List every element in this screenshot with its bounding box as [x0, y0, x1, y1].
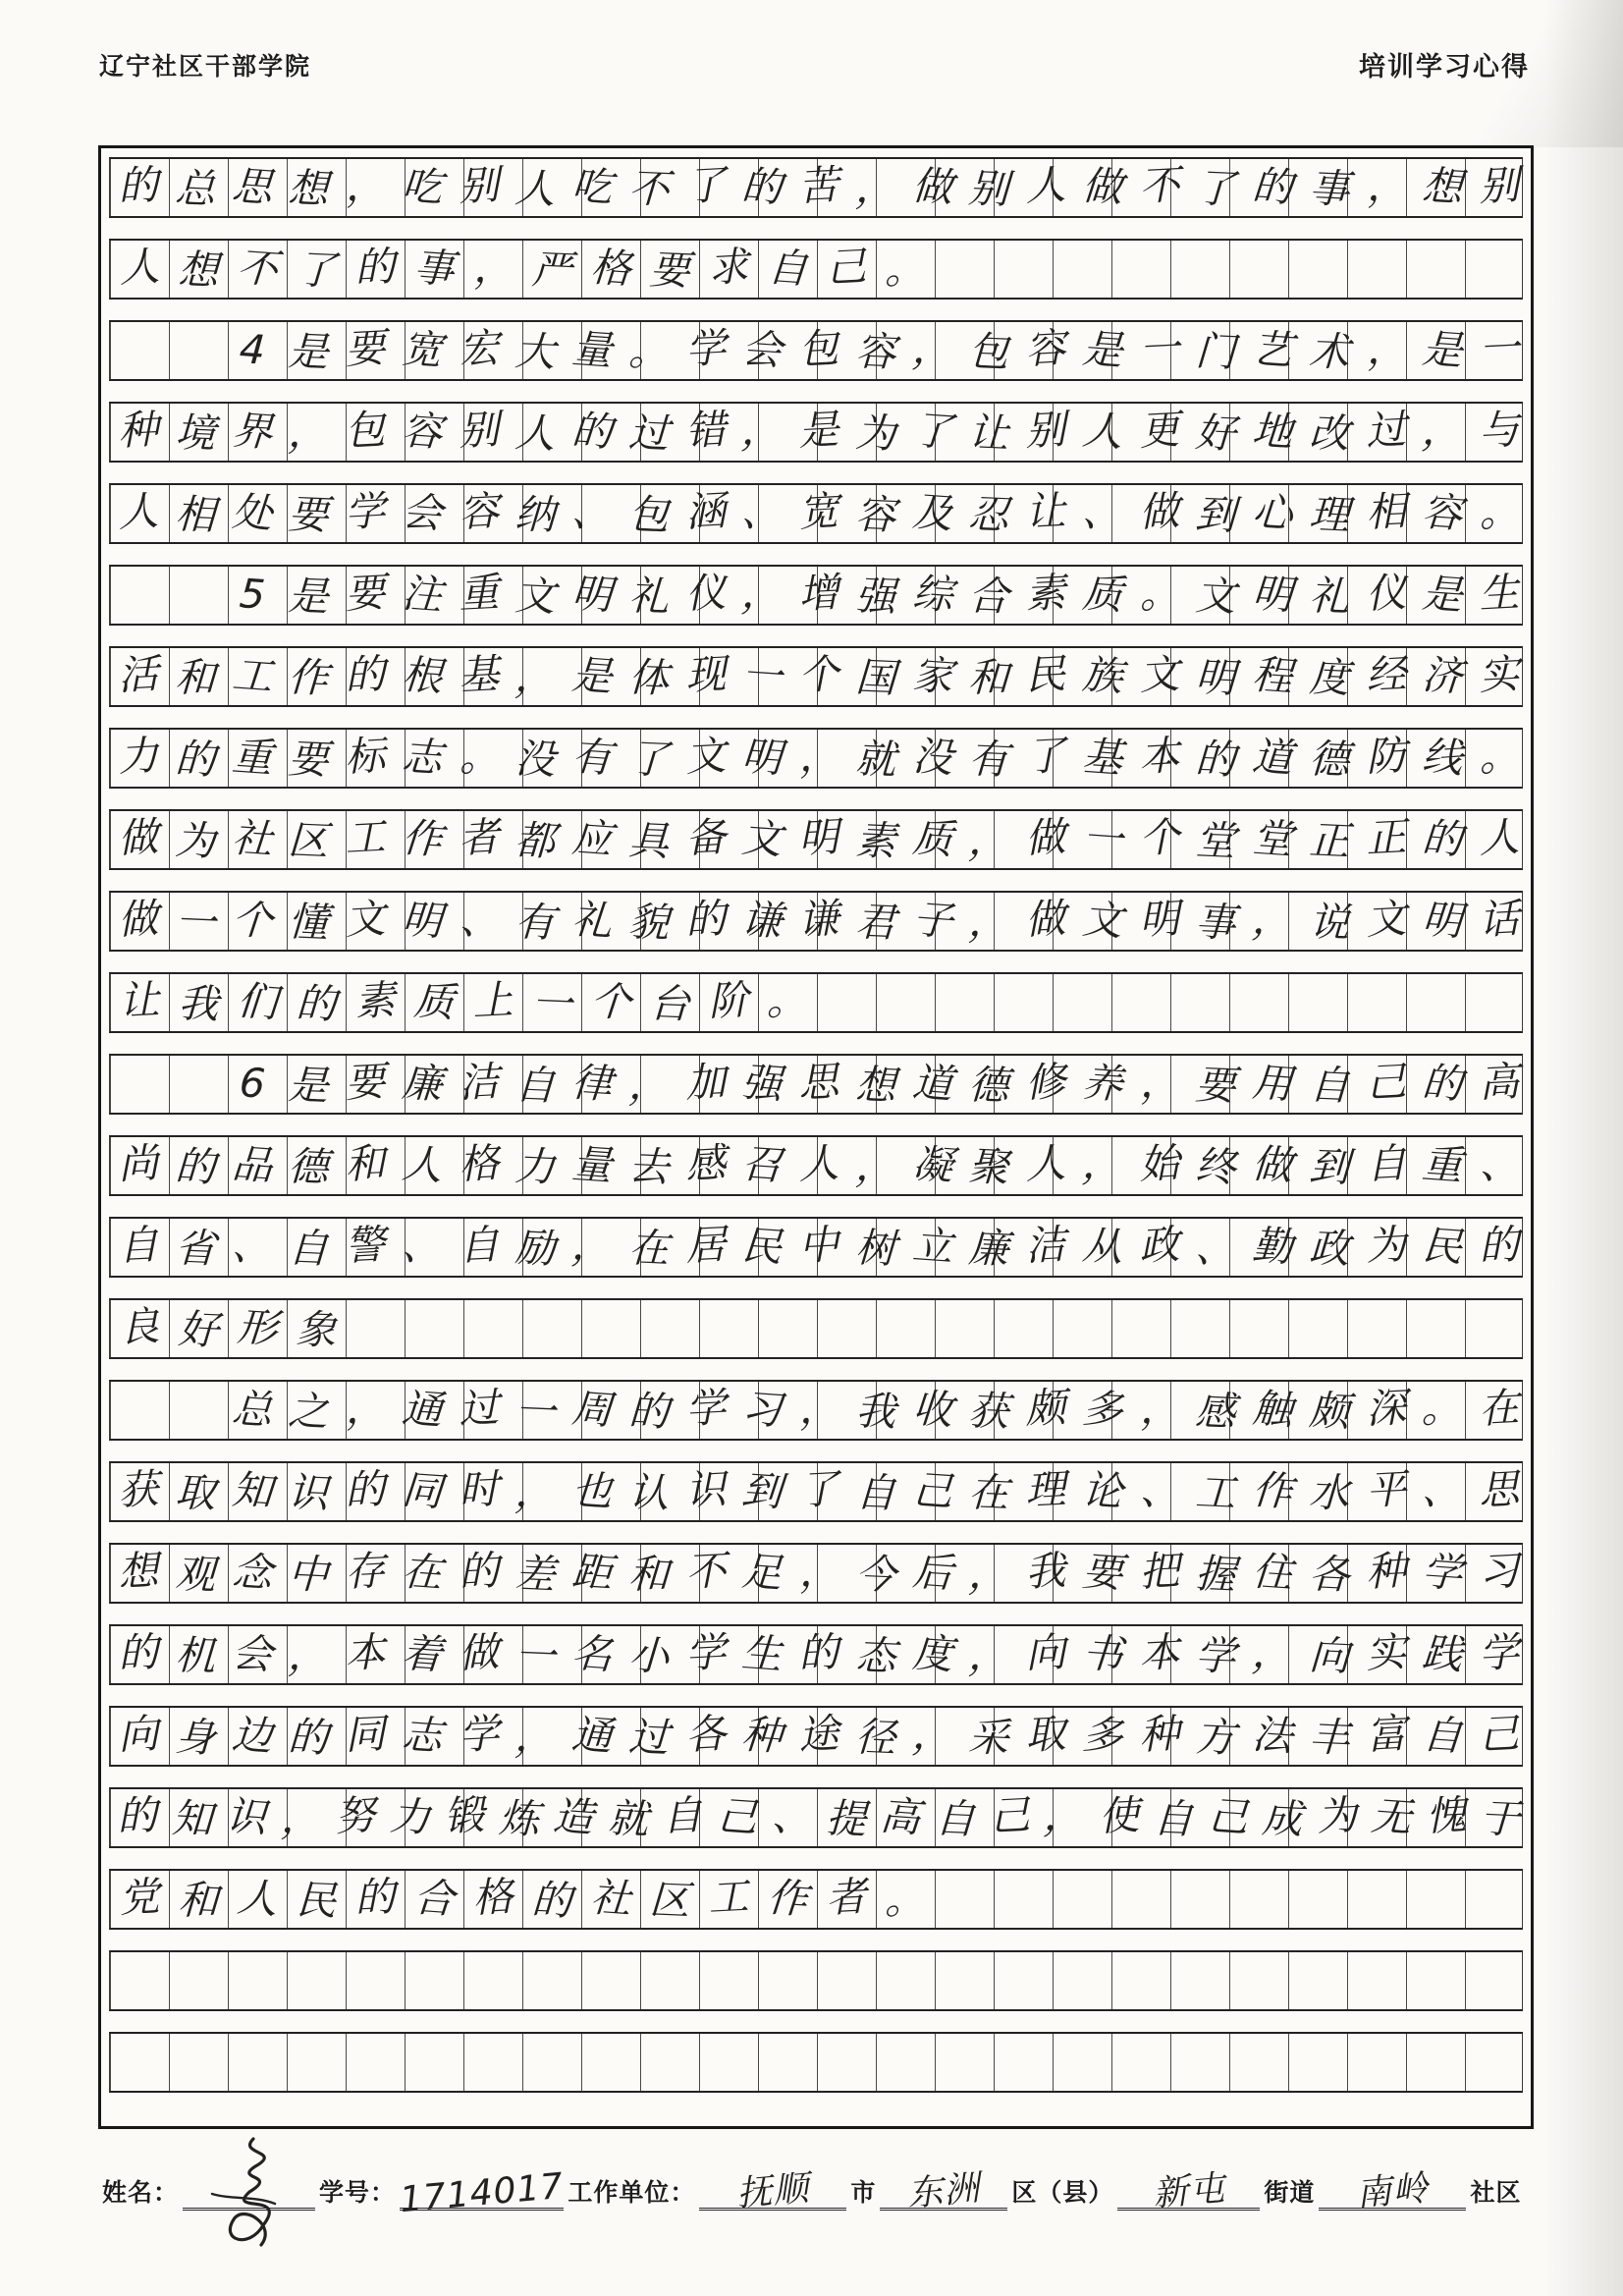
essay-char: 做 [108, 808, 168, 868]
essay-char: 习 [1469, 1542, 1529, 1602]
essay-char: 社 [579, 1868, 642, 1929]
essay-char: 包 [959, 322, 1018, 381]
district-unit-label: 区（县） [1007, 2173, 1117, 2211]
essay-char: 学 [676, 1379, 735, 1439]
essay-row: 6是要廉洁自律，加强思想道德修养，要用自己的高 [109, 1054, 1523, 1115]
essay-row [109, 2032, 1523, 2093]
essay-char: 容 [1015, 319, 1075, 379]
essay-char: 践 [1412, 1623, 1473, 1684]
essay-char: 采 [959, 1708, 1018, 1767]
essay-char: 不 [226, 238, 289, 299]
essay-char: 成 [1254, 1789, 1311, 1848]
city-unit-label: 市 [846, 2173, 880, 2211]
essay-char: 收 [902, 1379, 963, 1440]
essay-char: 力 [108, 727, 168, 787]
essay-char: 获 [959, 1382, 1018, 1441]
row-gap [109, 2011, 1523, 2032]
essay-char: 自 [1356, 1134, 1416, 1194]
essay-char: 会 [222, 1623, 283, 1684]
essay-char: 的 [521, 1871, 582, 1931]
essay-char: 向 [1015, 1623, 1075, 1683]
essay-char: 的 [108, 1623, 168, 1683]
essay-char: 一 [1072, 808, 1133, 869]
essay-char: 根 [392, 645, 453, 706]
essay-char: 认 [619, 1463, 677, 1522]
essay-char: 人 [226, 1868, 289, 1929]
essay-char: 道 [1242, 727, 1303, 788]
essay-row: 良好形象 [109, 1298, 1523, 1359]
essay-char: 和 [335, 1134, 395, 1194]
essay-char: 人 [788, 1134, 848, 1194]
essay-char: 礼 [562, 890, 622, 951]
essay-char: 己 [981, 1786, 1038, 1846]
essay-char: 明 [392, 890, 453, 951]
essay-char: 。 [619, 322, 677, 381]
essay-char: 求 [697, 237, 759, 297]
essay-char: 无 [1362, 1786, 1420, 1847]
essay-char: 质 [1072, 564, 1133, 625]
essay-char: ， [506, 648, 565, 707]
essay-char [165, 322, 224, 381]
essay-char: 和 [168, 1871, 229, 1931]
essay-char: ， [335, 1379, 395, 1439]
essay-char: 大 [506, 322, 565, 381]
essay-char: 说 [1299, 893, 1358, 952]
name-signature-scribble [192, 2135, 340, 2263]
essay-char: 召 [731, 1134, 792, 1195]
row-gap [109, 1278, 1523, 1298]
essay-char: 感 [1186, 1382, 1245, 1441]
essay-char [165, 567, 224, 626]
essay-char: 重 [222, 727, 283, 788]
essay-char: 是 [279, 1056, 338, 1115]
essay-char: 正 [1356, 808, 1416, 868]
essay-char: 阶 [697, 970, 759, 1030]
essay-char: 是 [1412, 564, 1473, 625]
essay-char: 距 [562, 1542, 622, 1603]
essay-char: 和 [959, 648, 1018, 707]
essay-char: 聚 [959, 1137, 1018, 1196]
essay-char: 的 [619, 1382, 677, 1441]
essay-char: 加 [676, 1053, 735, 1113]
essay-char: 别 [1469, 156, 1529, 216]
essay-grid-rows: 的总思想，吃别人吃不了的苦，做别人做不了的事，想别人想不了的事，严格要求自己。4… [109, 157, 1523, 2093]
essay-char: 容 [449, 482, 509, 542]
essay-char: 、 [763, 1786, 820, 1846]
essay-char: 、 [392, 1216, 453, 1277]
essay-char: 一 [1469, 319, 1529, 379]
essay-char: 取 [1015, 1705, 1075, 1765]
essay-char: 明 [1412, 890, 1473, 951]
essay-char: 区 [279, 811, 338, 870]
essay-char: 人 [108, 237, 170, 297]
essay-char: 自 [1412, 1705, 1473, 1766]
essay-char: 的 [731, 156, 792, 217]
name-label: 姓名： [98, 2173, 183, 2211]
essay-char [108, 1379, 168, 1439]
essay-char: 把 [1129, 1542, 1189, 1602]
essay-char: 的 [344, 237, 406, 297]
essay-char: 树 [845, 1219, 904, 1278]
essay-char: 学 [1469, 1623, 1529, 1683]
essay-char: 者 [449, 808, 509, 868]
essay-char: ， [461, 237, 523, 297]
essay-char: 一 [165, 893, 224, 952]
essay-char: 存 [335, 1542, 395, 1602]
essay-char: 念 [222, 1542, 283, 1603]
essay-char: 工 [1186, 1463, 1245, 1522]
essay-char: 。 [756, 971, 819, 1032]
essay-char: 标 [335, 727, 395, 787]
essay-char: 和 [619, 1545, 677, 1604]
essay-char: 握 [1186, 1545, 1245, 1604]
essay-char: 了 [1186, 159, 1245, 218]
row-gap [109, 463, 1523, 483]
essay-char: ， [959, 811, 1018, 870]
essay-char: 用 [1242, 1053, 1303, 1114]
essay-char: 线 [1412, 727, 1473, 788]
essay-char: 宽 [392, 319, 453, 380]
essay-char: 各 [676, 1705, 735, 1765]
essay-char: 力 [506, 1137, 565, 1196]
essay-char: 们 [226, 971, 289, 1032]
essay-char: 素 [1015, 564, 1075, 624]
essay-char: 的 [1412, 808, 1473, 869]
essay-char: 素 [845, 811, 904, 870]
row-gap [109, 1767, 1523, 1787]
essay-char: 的 [165, 1137, 224, 1196]
essay-char: 是 [1412, 319, 1473, 380]
row-gap [109, 952, 1523, 972]
essay-char: 身 [165, 1708, 224, 1767]
scanned-document-page: 辽宁社区干部学院 培训学习心得 的总思想，吃别人吃不了的苦，做别人做不了的事，想… [0, 0, 1623, 2296]
essay-char: 人 [1015, 156, 1075, 216]
essay-char: 水 [1299, 1463, 1358, 1522]
essay-char: 综 [902, 564, 963, 625]
essay-char: 使 [1090, 1786, 1147, 1846]
essay-char: 、 [1469, 1134, 1529, 1194]
essay-char: 过 [619, 404, 677, 463]
essay-char: 多 [1072, 1705, 1133, 1766]
essay-char: 要 [1186, 1056, 1245, 1115]
essay-char: 不 [619, 159, 677, 218]
essay-char: 小 [619, 1626, 677, 1685]
essay-char: 明 [731, 727, 792, 788]
essay-char: 的 [1186, 730, 1245, 789]
essay-char: 学 [449, 1705, 509, 1765]
essay-row [109, 1950, 1523, 2011]
essay-char: 在 [392, 1542, 453, 1603]
essay-row: 让我们的素质上一个台阶。 [109, 972, 1523, 1033]
essay-char: 仪 [676, 564, 735, 624]
essay-char: 。 [1412, 1379, 1473, 1440]
essay-char: 与 [1469, 401, 1529, 461]
essay-row: 做为社区工作者都应具备文明素质，做一个堂堂正正的人 [109, 809, 1523, 870]
essay-char: 炼 [490, 1789, 547, 1848]
essay-char: 明 [788, 808, 848, 868]
essay-row: 人相处要学会容纳、包涵、宽容及忍让、做到心理相容。 [109, 483, 1523, 544]
essay-char: 锻 [436, 1786, 493, 1846]
essay-char: 洁 [449, 1053, 509, 1113]
essay-char: 。 [875, 241, 936, 301]
essay-char: 人 [1469, 808, 1529, 868]
essay-char: 廉 [392, 1053, 453, 1114]
essay-char: 自 [927, 1789, 984, 1848]
essay-char: 作 [1242, 1460, 1303, 1521]
essay-char: 同 [335, 1705, 395, 1765]
essay-char: 我 [845, 1382, 904, 1441]
essay-char: 个 [788, 645, 848, 705]
essay-char: 。 [875, 1871, 936, 1931]
essay-char: 明 [1242, 564, 1303, 625]
essay-char: 造 [544, 1786, 602, 1847]
essay-char: 努 [327, 1786, 384, 1846]
essay-char: 活 [108, 645, 168, 705]
essay-char: 个 [222, 890, 283, 951]
essay-char: 到 [731, 1460, 792, 1521]
essay-char: 增 [788, 564, 848, 624]
row-gap [109, 1033, 1523, 1054]
essay-char: 民 [1015, 645, 1075, 705]
essay-char: 也 [562, 1460, 622, 1521]
essay-char: 过 [619, 1708, 677, 1767]
essay-char: ， [1242, 1623, 1303, 1684]
essay-char: 思 [1469, 1460, 1529, 1520]
essay-char: 的 [344, 1867, 406, 1927]
essay-char: 门 [1186, 322, 1245, 381]
essay-char: 民 [286, 1871, 347, 1931]
essay-char: ， [731, 401, 792, 462]
essay-char: 论 [1072, 1460, 1133, 1521]
essay-char: 志 [392, 727, 453, 788]
essay-char: 种 [1129, 1705, 1189, 1765]
essay-char: 的 [788, 1623, 848, 1683]
essay-char: 要 [335, 564, 395, 624]
essay-char: 取 [165, 1463, 224, 1522]
essay-row: 尚的品德和人格力量去感召人，凝聚人，始终做到自重、 [109, 1135, 1523, 1196]
essay-char: 中 [279, 1545, 338, 1604]
essay-char: 丰 [1299, 1708, 1358, 1767]
essay-char: 、 [1072, 482, 1133, 543]
essay-char: 相 [165, 485, 224, 544]
essay-char: 重 [449, 564, 509, 624]
essay-char: 经 [1356, 645, 1416, 705]
essay-char: 一 [506, 1626, 565, 1685]
essay-char: 让 [1015, 482, 1075, 542]
essay-char: 为 [845, 404, 904, 463]
essay-char: 向 [1299, 1626, 1358, 1685]
essay-char: ， [335, 156, 395, 216]
essay-char: 吃 [392, 156, 453, 217]
essay-char: 子 [902, 890, 963, 951]
essay-char: 在 [1469, 1379, 1529, 1439]
essay-char: 观 [165, 1545, 224, 1604]
essay-char: 德 [279, 1137, 338, 1196]
essay-char: 品 [222, 1134, 283, 1195]
row-gap [109, 218, 1523, 239]
essay-char: 励 [506, 1219, 565, 1278]
essay-char: 让 [959, 404, 1018, 463]
essay-char: 自 [654, 1786, 711, 1846]
essay-char [108, 564, 168, 624]
essay-char: 度 [902, 1623, 963, 1684]
essay-char: 想 [279, 159, 338, 218]
essay-char: 的 [165, 730, 224, 789]
essay-char: 文 [1072, 890, 1133, 951]
row-gap [109, 789, 1523, 809]
essay-char: 要 [279, 730, 338, 789]
essay-row: 种境界，包容别人的过错，是为了让别人更好地改过，与 [109, 402, 1523, 463]
essay-char: 本 [1129, 727, 1189, 787]
essay-char: 一 [1129, 319, 1189, 379]
row-gap [109, 1604, 1523, 1624]
essay-char: 严 [521, 241, 582, 301]
essay-char: 工 [335, 808, 395, 868]
essay-char: 学 [1186, 1626, 1245, 1685]
essay-char: 了 [676, 156, 735, 216]
essay-char: 做 [1015, 890, 1075, 950]
community-value: 南岭 [1354, 2160, 1431, 2216]
essay-char: ， [1129, 1379, 1189, 1439]
essay-char: 明 [562, 564, 622, 625]
street-field: 新屯 [1117, 2168, 1260, 2211]
district-field: 东洲 [880, 2168, 1007, 2211]
scan-shadow-right [1544, 0, 1623, 2296]
essay-char: 别 [959, 159, 1018, 218]
essay-char: 、 [1412, 1460, 1473, 1521]
essay-char: 处 [222, 482, 283, 543]
essay-char: 4 [222, 319, 283, 380]
essay-char: 话 [1469, 890, 1529, 950]
row-gap [109, 300, 1523, 320]
essay-char: 心 [1242, 482, 1303, 543]
essay-char: 术 [1299, 322, 1358, 381]
essay-row: 总之，通过一周的学习，我收获颇多，感触颇深。在 [109, 1380, 1523, 1441]
essay-char: 富 [1356, 1705, 1416, 1765]
essay-row: 活和工作的根基，是体现一个国家和民族文明程度经济实 [109, 646, 1523, 707]
essay-char: 上 [461, 970, 523, 1030]
essay-char [108, 319, 168, 379]
essay-char: 做 [1129, 482, 1189, 542]
essay-char: 习 [731, 1379, 792, 1440]
essay-char: 足 [731, 1542, 792, 1603]
essay-char: 正 [1299, 811, 1358, 870]
essay-char: 有 [506, 893, 565, 952]
essay-char: 自 [108, 1216, 168, 1276]
essay-char: 识 [217, 1786, 275, 1847]
essay-char: 颇 [1015, 1379, 1075, 1439]
essay-char: 尚 [108, 1134, 168, 1194]
essay-char: 要 [335, 1053, 395, 1113]
essay-char: 学 [676, 1623, 735, 1683]
essay-char: ， [731, 564, 792, 625]
essay-char: 理 [1015, 1460, 1075, 1520]
essay-char: 了 [1015, 727, 1075, 787]
essay-char: 的 [279, 1708, 338, 1767]
row-gap [109, 544, 1523, 565]
essay-char: 没 [902, 727, 963, 788]
essay-char: 。 [1129, 564, 1189, 624]
essay-char: 思 [788, 1053, 848, 1113]
essay-char: 工 [697, 1867, 759, 1927]
essay-char: 己 [815, 237, 877, 297]
essay-char: 界 [222, 401, 283, 462]
essay-char: 文 [676, 727, 735, 787]
essay-char: 德 [1299, 730, 1358, 789]
essay-char: 己 [1356, 1053, 1416, 1113]
essay-char: 要 [639, 241, 700, 301]
essay-char: 、 [562, 482, 622, 543]
essay-char: 工 [222, 645, 283, 706]
essay-char: 各 [1299, 1545, 1358, 1604]
essay-char: 强 [845, 567, 904, 626]
essay-char: 同 [392, 1460, 453, 1521]
essay-char: 量 [562, 1134, 622, 1195]
essay-char: 边 [222, 1705, 283, 1766]
student-no-field: 1714017 [400, 2168, 564, 2211]
essay-char: 形 [226, 1297, 289, 1358]
row-gap [109, 707, 1523, 728]
essay-char: 周 [562, 1379, 622, 1440]
essay-char: 从 [1072, 1216, 1133, 1277]
essay-char: 己 [708, 1786, 766, 1847]
essay-char: 让 [108, 970, 170, 1030]
essay-char: 格 [579, 238, 642, 299]
essay-char: 貌 [619, 893, 677, 952]
essay-char: 力 [381, 1786, 439, 1847]
essay-char: 要 [279, 485, 338, 544]
essay-char: 人 [1015, 1134, 1075, 1194]
essay-row: 做一个懂文明、有礼貌的谦谦君子，做文明事，说文明话 [109, 891, 1523, 952]
essay-char: 种 [1356, 1542, 1416, 1602]
essay-char: 基 [1072, 727, 1133, 788]
essay-char: 的 [286, 974, 347, 1034]
essay-char: 终 [1186, 1137, 1245, 1196]
essay-char: 包 [788, 319, 848, 379]
essay-char: 、 [449, 890, 509, 950]
street-unit-label: 街道 [1260, 2173, 1319, 2211]
essay-char: 注 [392, 564, 453, 625]
essay-char: 相 [1356, 482, 1416, 542]
essay-char: 别 [449, 156, 509, 216]
essay-char: 有 [959, 730, 1018, 789]
essay-char: 质 [403, 971, 465, 1032]
essay-char: 别 [449, 401, 509, 461]
essay-row: 5是要注重文明礼仪，增强综合素质。文明礼仪是生 [109, 565, 1523, 626]
essay-char: 人 [108, 482, 168, 542]
essay-char: 向 [108, 1705, 168, 1765]
essay-char: 良 [108, 1296, 170, 1356]
essay-char: 种 [108, 401, 168, 461]
essay-char: 是 [788, 401, 848, 461]
essay-char: 体 [619, 648, 677, 707]
school-name: 辽宁社区干部学院 [99, 47, 311, 82]
essay-char: 自 [845, 1463, 904, 1522]
essay-char: 一 [521, 974, 582, 1034]
essay-char: 包 [619, 485, 677, 544]
essay-char: 基 [449, 645, 509, 705]
essay-char: 己 [902, 1460, 963, 1521]
essay-char: 平 [1356, 1460, 1416, 1520]
essay-char: 警 [335, 1216, 395, 1276]
essay-char: 触 [1242, 1379, 1303, 1440]
essay-char: 去 [619, 1137, 677, 1196]
essay-char: 纳 [506, 485, 565, 544]
essay-char: 济 [1412, 645, 1473, 706]
row-gap [109, 381, 1523, 402]
essay-char: 政 [1299, 1219, 1358, 1278]
essay-char: 质 [902, 808, 963, 869]
